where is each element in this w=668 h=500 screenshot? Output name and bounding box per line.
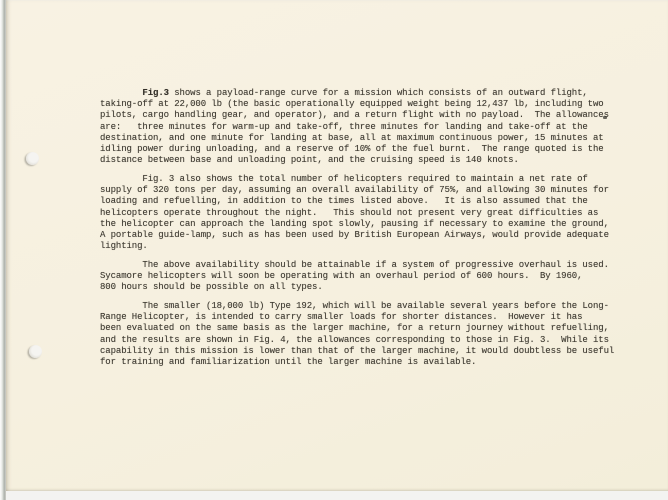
document-page: Fig.3 shows a payload-range curve for a … (6, 0, 668, 491)
text-line: helicopters operate throughout the night… (100, 208, 614, 219)
text-line: 800 hours should be possible on all type… (100, 282, 614, 293)
text-line: supply of 320 tons per day, assuming an … (100, 185, 614, 196)
scan-left-edge (0, 0, 6, 500)
text-line: been evaluated on the same basis as the … (100, 323, 614, 334)
text-line: for training and familiarization until t… (100, 357, 614, 368)
text-line: and the results are shown in Fig. 4, the… (100, 335, 614, 346)
text-line: Fig.3 shows a payload-range curve for a … (100, 88, 614, 99)
text-line: loading and refuelling, in addition to t… (100, 196, 614, 207)
text-line: Sycamore helicopters will soon be operat… (100, 271, 614, 282)
text-line: lighting. (100, 241, 614, 252)
punch-hole-top (26, 152, 39, 165)
text-line: capability in this mission is lower than… (100, 346, 614, 357)
paragraph: The above availability should be attaina… (100, 260, 614, 294)
text-line: distance between base and unloading poin… (100, 155, 614, 166)
paragraph: The smaller (18,000 lb) Type 192, which … (100, 301, 614, 368)
text-line: A portable guide-lamp, such as has been … (100, 230, 614, 241)
text-line: pilots, cargo handling gear, and operato… (100, 110, 614, 121)
text-line: Range Helicopter, is intended to carry s… (100, 312, 614, 323)
paragraph: Fig. 3 also shows the total number of he… (100, 174, 614, 252)
paragraph: Fig.3 shows a payload-range curve for a … (100, 88, 614, 166)
text-line: the helicopter can approach the landing … (100, 219, 614, 230)
text-line: The above availability should be attaina… (100, 260, 614, 271)
text-line: destination, and one minute for landing … (100, 133, 614, 144)
text-line: taking-off at 22,000 lb (the basic opera… (100, 99, 614, 110)
figure-reference: Fig.3 (142, 88, 169, 98)
scanned-page: Fig.3 shows a payload-range curve for a … (0, 0, 668, 500)
document-text: Fig.3 shows a payload-range curve for a … (100, 88, 614, 368)
text-line: are: three minutes for warm-up and take-… (100, 122, 614, 133)
text-line: idling power during unloading, and a res… (100, 144, 614, 155)
text-line: The smaller (18,000 lb) Type 192, which … (100, 301, 614, 312)
text-line: Fig. 3 also shows the total number of he… (100, 174, 614, 185)
punch-hole-bottom (29, 345, 42, 358)
